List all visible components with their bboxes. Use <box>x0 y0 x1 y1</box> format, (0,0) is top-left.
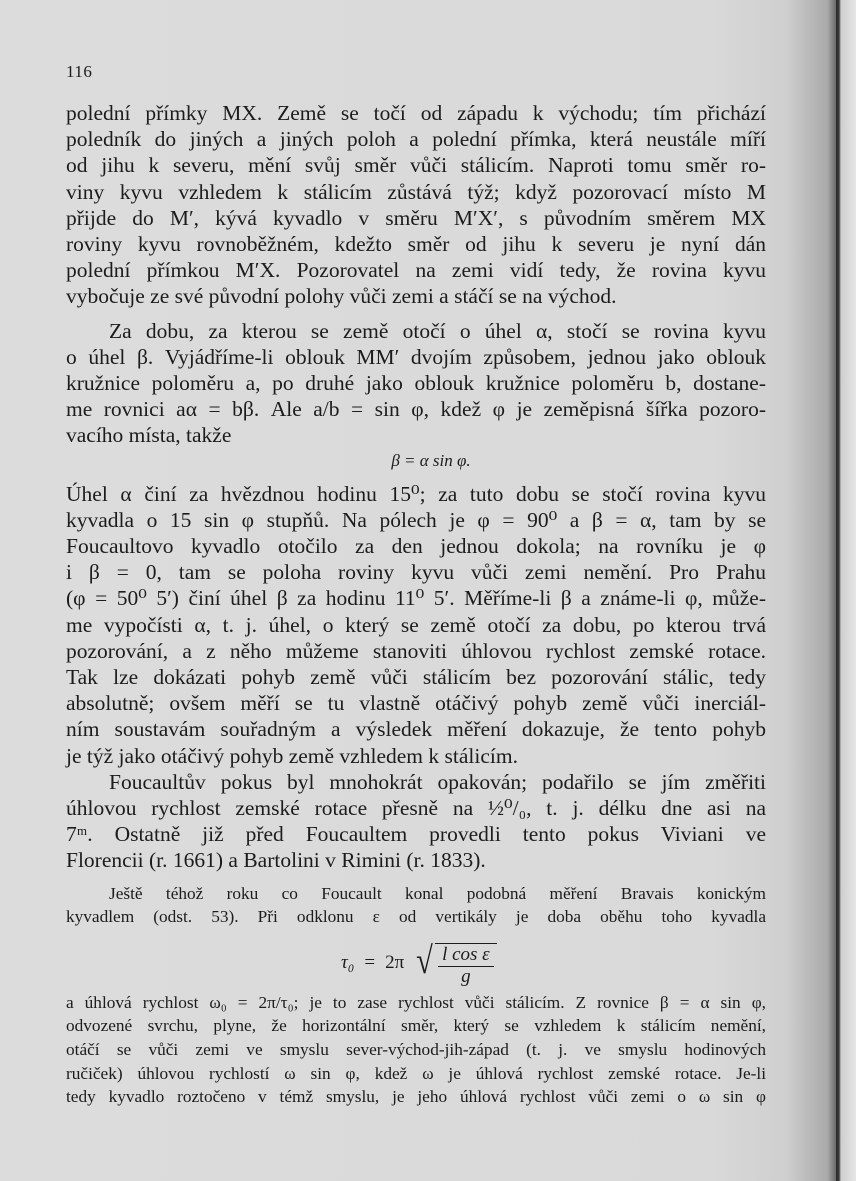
formula-lhs: τ₀ <box>341 950 354 976</box>
square-root: √ l cos ε g <box>414 939 496 987</box>
text-line: otáčí se vůči zemi ve smyslu sever-výcho… <box>66 1038 766 1062</box>
text-line: pozorování, a z něho můžeme stanoviti úh… <box>66 638 766 664</box>
text-line: me rovnici aα = bβ. Ale a/b = sin φ, kde… <box>66 396 766 422</box>
formula-coefficient: 2π <box>385 950 404 976</box>
text-line: polední přímkou M′X. Pozorovatel na zemi… <box>66 257 766 283</box>
paragraph-3: Úhel α činí za hvězdnou hodinu 15⁰; za t… <box>66 481 766 769</box>
text-line: odvozené svrchu, plyne, že horizontální … <box>66 1014 766 1038</box>
paragraph-2: Za dobu, za kterou se země otočí o úhel … <box>66 318 766 473</box>
text-line: Florencii (r. 1661) a Bartolini v Rimini… <box>66 847 766 873</box>
text-line: roviny kyvu rovnoběžném, kdežto směr od … <box>66 231 766 257</box>
text-line: je týž jako otáčivý pohyb země vzhledem … <box>66 743 766 769</box>
text-line: (φ = 50⁰ 5′) činí úhel β za hodinu 11⁰ 5… <box>66 585 766 611</box>
text-line: Foucaultovo kyvadlo otočilo za den jedno… <box>66 533 766 559</box>
equation-beta: β = α sin φ. <box>96 449 766 473</box>
text-line: polední přímky MX. Země se točí od západ… <box>66 100 766 126</box>
text-line: a úhlová rychlost ω₀ = 2π/τ₀; je to zase… <box>66 991 766 1015</box>
text-line: vacího místa, takže <box>66 422 766 448</box>
page-number: 116 <box>66 62 92 82</box>
text-line: Za dobu, za kterou se země otočí o úhel … <box>66 318 766 344</box>
text-line: Foucaultův pokus byl mnohokrát opakován;… <box>66 769 766 795</box>
text-line: kyvadlem (odst. 53). Při odklonu ε od ve… <box>66 905 766 929</box>
text-line: od jihu k severu, mění svůj směr vůči st… <box>66 152 766 178</box>
paragraph-1: polední přímky MX. Země se točí od západ… <box>66 100 766 310</box>
page-binding-edge <box>836 0 856 1181</box>
formula-equals: = <box>364 950 375 976</box>
text-line: přijde do M′, kývá kyvadlo v směru M′X′,… <box>66 205 766 231</box>
text-line: ručiček) úhlovou rychlostí ω sin φ, kdež… <box>66 1062 766 1086</box>
text-line: tedy kyvadlo roztočeno v témž smyslu, je… <box>66 1085 766 1109</box>
text-line: 7ᵐ. Ostatně již před Foucaultem provedli… <box>66 821 766 847</box>
fraction: l cos ε g <box>435 943 497 987</box>
text-line: vybočuje ze své původní polohy vůči zemi… <box>66 283 766 309</box>
body-text: polední přímky MX. Země se točí od západ… <box>66 100 766 1109</box>
text-line: viny kyvu vzhledem k stálicím zůstává tý… <box>66 179 766 205</box>
text-line: kružnice poloměru a, po druhé jako oblou… <box>66 370 766 396</box>
fraction-numerator: l cos ε <box>438 944 494 967</box>
text-line: o úhel β. Vyjádříme-li oblouk MM′ dvojím… <box>66 344 766 370</box>
text-line: me vypočísti α, t. j. úhel, o který se z… <box>66 612 766 638</box>
text-line: Tak lze dokázati pohyb země vůči stálicí… <box>66 664 766 690</box>
small-paragraph-2: a úhlová rychlost ω₀ = 2π/τ₀; je to zase… <box>66 991 766 1109</box>
text-line: absolutně; ovšem měří se tu vlastně otáč… <box>66 690 766 716</box>
text-line: ním soustavám souřadným a výsledek měřen… <box>66 716 766 742</box>
text-line: poledník do jiných a jiných poloh a pole… <box>66 126 766 152</box>
tau-formula: τ₀ = 2π √ l cos ε g <box>341 939 497 987</box>
text-line: i β = 0, tam se poloha roviny kyvu vůči … <box>66 559 766 585</box>
equation-period: τ₀ = 2π √ l cos ε g <box>66 929 766 991</box>
text-line: úhlovou rychlost zemské rotace přesně na… <box>66 795 766 821</box>
text-line: Ještě téhož roku co Foucault konal podob… <box>66 882 766 906</box>
fraction-denominator: g <box>461 967 471 987</box>
small-paragraph-1: Ještě téhož roku co Foucault konal podob… <box>66 882 766 929</box>
paragraph-4: Foucaultův pokus byl mnohokrát opakován;… <box>66 769 766 874</box>
text-line: kyvadla o 15 sin φ stupňů. Na pólech je … <box>66 507 766 533</box>
text-line: Úhel α činí za hvězdnou hodinu 15⁰; za t… <box>66 481 766 507</box>
sqrt-sign-icon: √ <box>416 939 433 987</box>
